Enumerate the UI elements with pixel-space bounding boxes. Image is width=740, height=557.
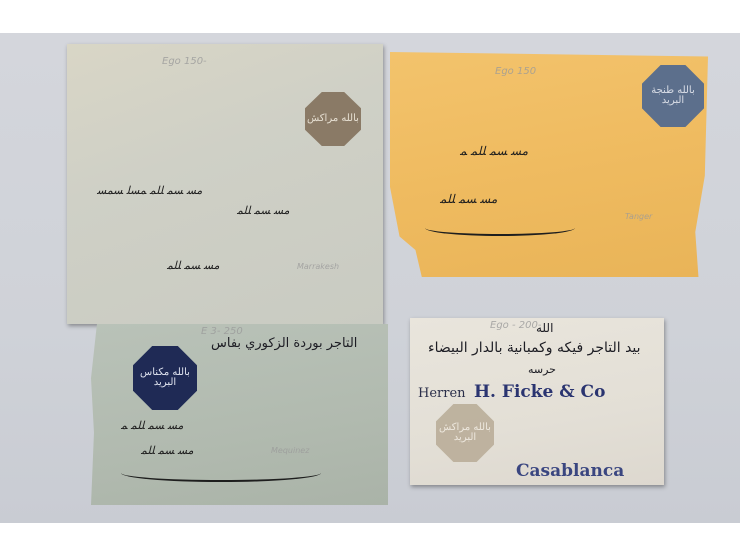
pencil-city-note: Marrakesh xyxy=(297,262,339,271)
pencil-city-note: Tanger xyxy=(625,212,652,221)
recipient-prefix: Herren xyxy=(418,386,466,401)
octagonal-seal-stamp: بالله مكناس البريد xyxy=(133,346,197,410)
envelope-top-right: Ego 150 بالله طنجة البريد ﻣﺴ ﺴﻤ ﻠﻠﻤ ﻤ ﻣﺴ… xyxy=(390,52,708,277)
handwritten-address-line: ﻣﺴ ﺴﻤ ﻠﻠﻤ ﻤ xyxy=(121,419,183,432)
pen-flourish xyxy=(425,220,575,236)
pencil-price-note: Ego 150- xyxy=(162,56,207,67)
handwritten-address-line: ﻣﺴ ﺴﻤ ﻠﻠﻤ ﻤ xyxy=(460,144,528,158)
recipient-name: H. Ficke & Co xyxy=(474,382,605,402)
octagonal-seal-stamp: بالله مراكش البريد xyxy=(436,404,494,462)
handwritten-address-line-2: ﻣﺴ ﺴﻤ ﻠﻠﻤ xyxy=(141,444,194,457)
pencil-price-note: Ego 150 xyxy=(495,66,536,77)
arabic-handwritten-line: التاجر بوردة الزكوري بفاس xyxy=(211,336,357,351)
handwritten-address-line-2: ﻣﺴ ﺴﻤ ﻠﻠﻤ xyxy=(237,204,290,217)
arabic-printed-small: حرسه xyxy=(528,363,556,376)
handwritten-signature: ﻣﺴ ﺴﻤ ﻠﻠﻤ xyxy=(167,259,220,272)
pen-flourish xyxy=(121,464,321,482)
arabic-printed-address: بيد التاجر فيكه وكمبانية بالدار البيضاء xyxy=(428,340,641,356)
pencil-price-note: Ego - 200- xyxy=(490,320,541,331)
octagonal-seal-stamp: بالله مراكش xyxy=(305,92,361,146)
envelope-bottom-left: E 3- 250 التاجر بوردة الزكوري بفاس بالله… xyxy=(91,324,388,505)
handwritten-address-line: ﻣﺴ ﺴﻤ ﻠﻠﻤ ﻤﺴﻠ ﺴﻤﺴ xyxy=(97,184,202,197)
envelope-bottom-right: Ego - 200- الله بيد التاجر فيكه وكمبانية… xyxy=(410,318,664,485)
destination-city: Casablanca xyxy=(516,461,624,481)
pencil-city-note: Mequinez xyxy=(271,446,309,455)
octagonal-seal-stamp: بالله طنجة البريد xyxy=(642,65,704,127)
handwritten-address-line-2: ﻣﺴ ﺴﻤ ﻠﻠﻤ xyxy=(440,192,497,206)
arabic-printed-header: الله xyxy=(536,321,553,335)
envelope-top-left: Ego 150- بالله مراكش ﻣﺴ ﺴﻤ ﻠﻠﻤ ﻤﺴﻠ ﺴﻤﺴ ﻣ… xyxy=(67,44,383,324)
